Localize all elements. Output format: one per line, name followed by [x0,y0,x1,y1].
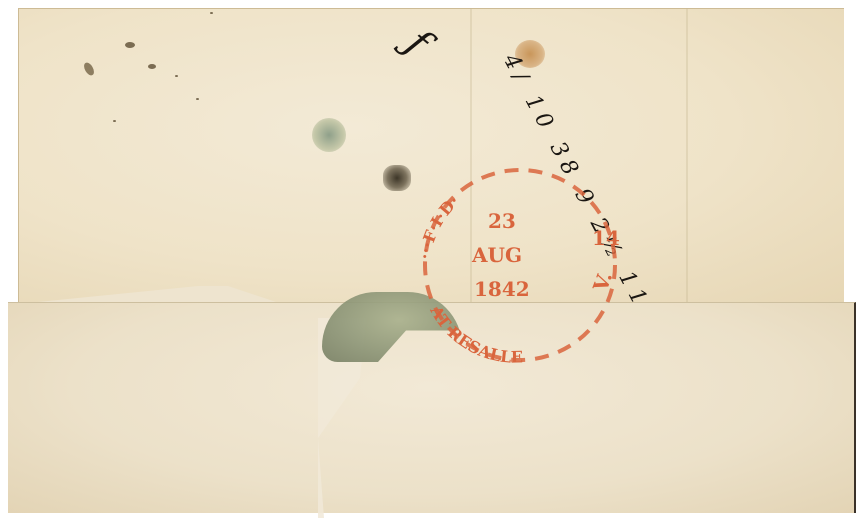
fold-crease [686,8,688,308]
svg-text:AT RESALLE: AT RESALLE [426,302,523,367]
postmark-side-number: 14 [592,226,620,250]
letter-scan: ƒ 4/ 10 38 9 2½ 11 12 ⅟₂ ···F·I·D· AT RE… [0,0,858,518]
postmark-arc-bottom: AT RESALLE [426,302,523,367]
ink-blot [383,165,411,191]
green-stain [312,118,346,152]
postmark-arc-top: ···F·I·D· [415,192,463,261]
postmark-month: AUG [471,243,522,267]
postmark-day: 23 [488,209,516,233]
red-postmark: ···F·I·D· AT RESALLE 23 AUG 1842 14 V. [410,150,630,380]
postmark-year: 1842 [474,277,530,301]
svg-text:···F·I·D·: ···F·I·D· [415,192,463,261]
